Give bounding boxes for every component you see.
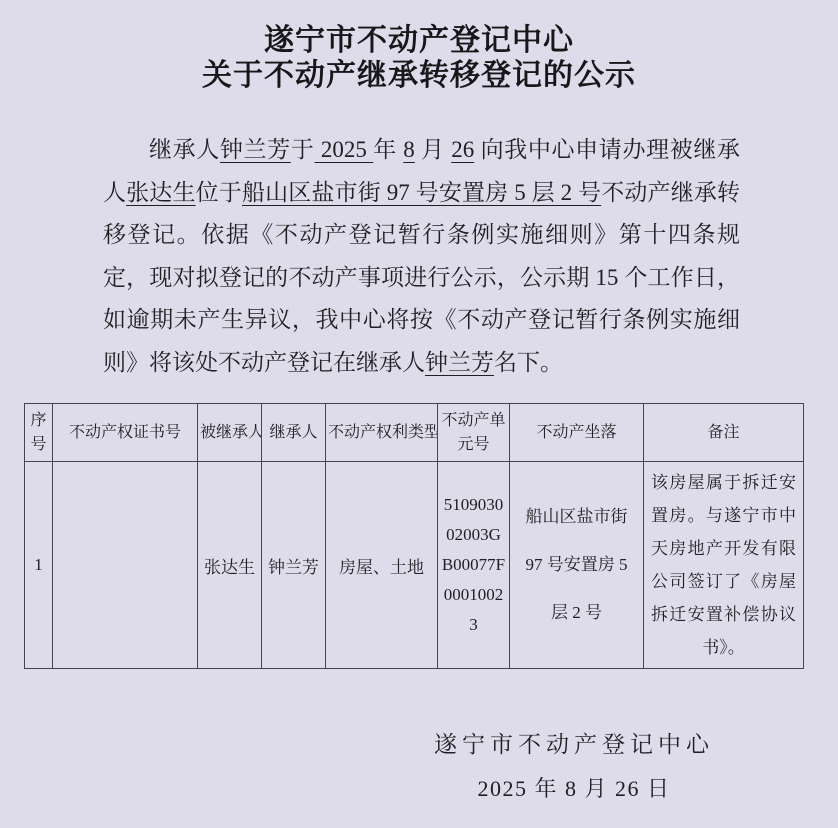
underlined-field: 26 [451,137,474,162]
header-remark: 备注 [644,404,804,462]
cell-remark: 该房屋属于拆迁安置房。与遂宁市中天房地产开发有限公司签订了《房屋拆迁安置补偿协议… [644,462,804,669]
table-header-row: 序号 不动产权证书号 被继承人 继承人 不动产权利类型 不动产单元号 不动产坐落… [25,404,804,462]
body-text-segment: 不动产继承转移登记。依据《不动产登记暂行条例实施细则》第十四条规定，现对拟登记的… [103,180,740,375]
cell-location: 船山区盐市街 97 号安置房 5 层 2 号 [510,462,644,669]
body-text-segment: 于 [291,137,315,162]
notice-body-paragraph: 继承人钟兰芳于 2025 年 8 月 26 向我中心申请办理被继承人张达生位于船… [103,129,740,384]
body-text-segment: 年 [373,137,403,162]
cell-cert-no [53,462,198,669]
cell-right-type: 房屋、土地 [326,462,438,669]
underlined-field: 张达生 [126,180,195,205]
cell-heir: 钟兰芳 [262,462,326,669]
registration-table: 序号 不动产权证书号 被继承人 继承人 不动产权利类型 不动产单元号 不动产坐落… [24,403,804,669]
cell-decedent: 张达生 [198,462,262,669]
underlined-field: 2025 [314,137,373,162]
signature-org: 遂宁市不动产登记中心 [428,730,720,760]
body-text-segment: 月 [415,137,451,162]
signature-block: 遂宁市不动产登记中心 2025 年 8 月 26 日 [428,730,720,804]
header-seq: 序号 [25,404,53,462]
header-location: 不动产坐落 [510,404,644,462]
underlined-field: 钟兰芳 [220,137,291,162]
document-title: 遂宁市不动产登记中心 关于不动产继承转移登记的公示 [0,23,838,93]
cell-unit-no: 510903002003GB00077F00010023 [438,462,510,669]
underlined-field: 船山区盐市街 97 号安置房 5 层 2 号 [242,180,601,205]
signature-date: 2025 年 8 月 26 日 [428,774,720,804]
body-text-segment: 继承人 [149,137,220,162]
body-text-segment: 位于 [196,180,242,205]
notice-document: 遂宁市不动产登记中心 关于不动产继承转移登记的公示 继承人钟兰芳于 2025 年… [0,0,838,828]
header-decedent: 被继承人 [198,404,262,462]
header-unit-no: 不动产单元号 [438,404,510,462]
header-cert-no: 不动产权证书号 [53,404,198,462]
underlined-field: 8 [403,137,415,162]
body-text-segment: 名下。 [494,350,563,375]
table-row: 1 张达生 钟兰芳 房屋、土地 510903002003GB00077F0001… [25,462,804,669]
underlined-field: 钟兰芳 [425,350,494,375]
title-line-2: 关于不动产继承转移登记的公示 [0,58,838,93]
title-line-1: 遂宁市不动产登记中心 [0,23,838,58]
cell-seq: 1 [25,462,53,669]
header-right-type: 不动产权利类型 [326,404,438,462]
header-heir: 继承人 [262,404,326,462]
